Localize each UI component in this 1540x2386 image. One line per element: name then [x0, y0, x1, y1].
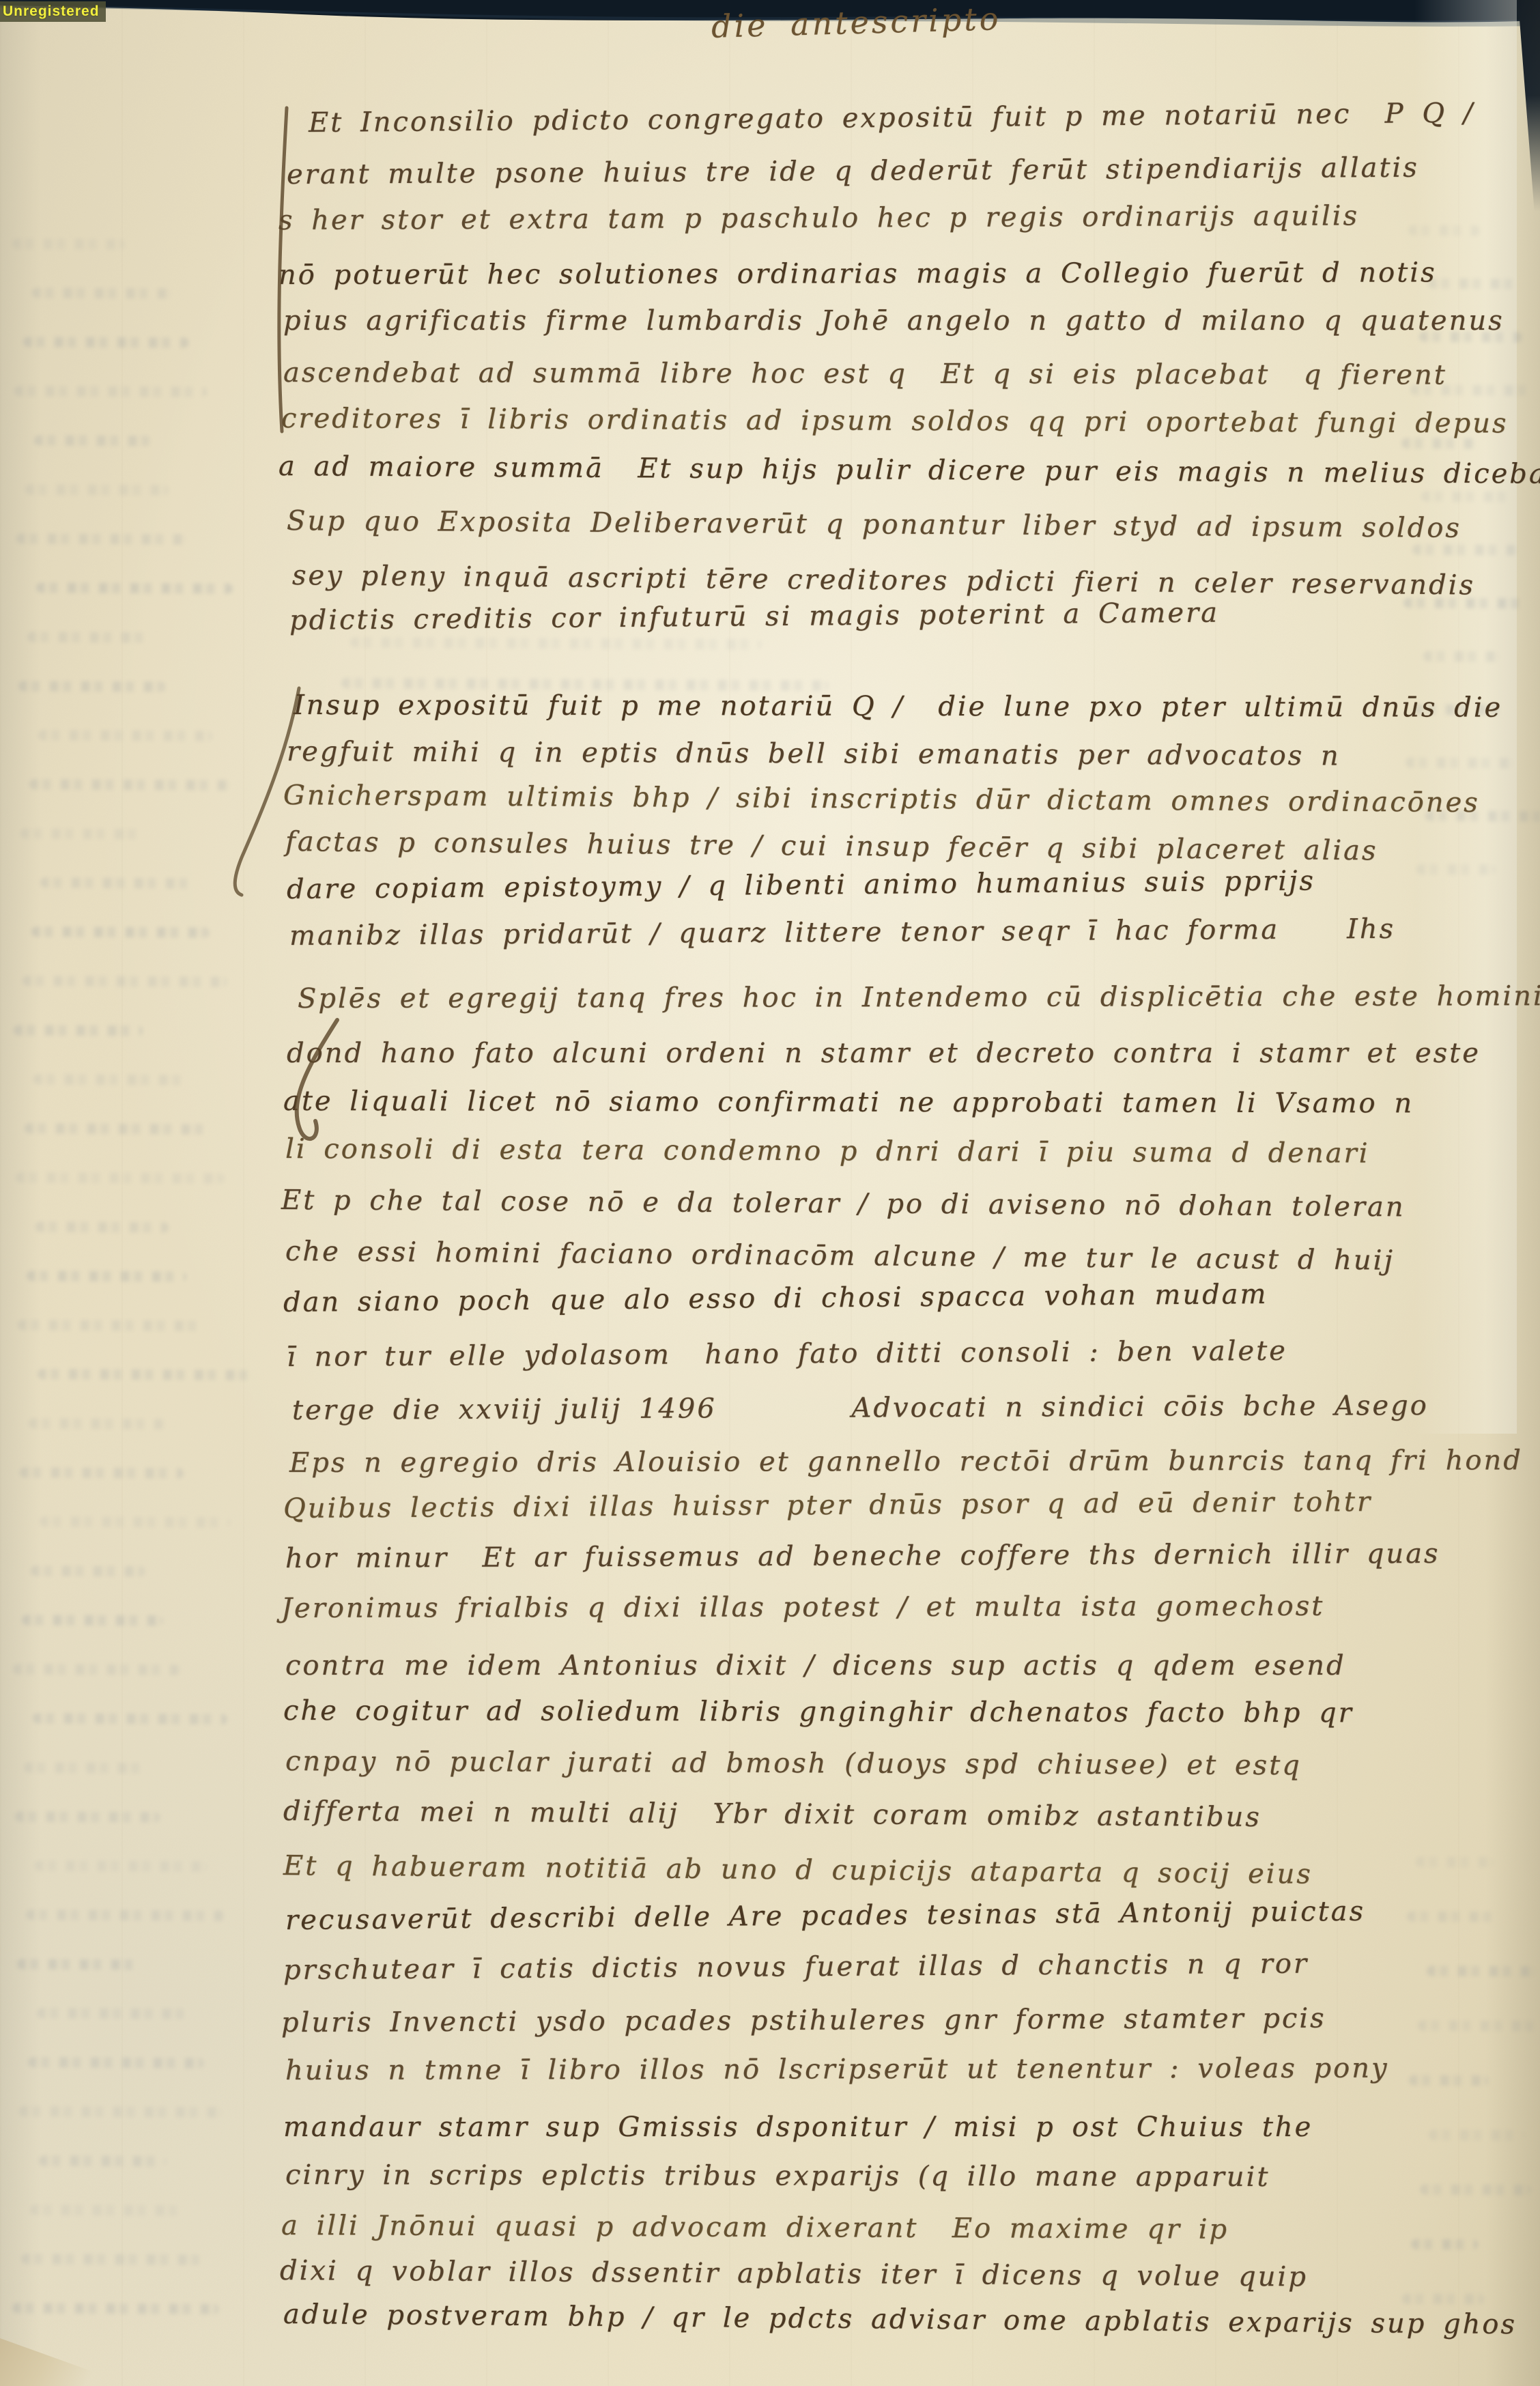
- manuscript-line: Insup expositū fuit p me notariū Q / die…: [294, 690, 1502, 724]
- manuscript-line: dixi q voblar illos dssentir apblatis it…: [280, 2255, 1308, 2292]
- manuscript-line: Eps n egregio dris Alouisio et gannello …: [289, 1445, 1523, 1479]
- manuscript-line: hor minur Et ar fuissemus ad beneche cof…: [285, 1538, 1440, 1574]
- manuscript-line: Quibus lectis dixi illas huissr pter dnū…: [283, 1486, 1372, 1524]
- manuscript-line: che essi homini faciano ordinacōm alcune…: [285, 1236, 1395, 1277]
- manuscript-line: dond hano fato alcuni ordeni n stamr et …: [287, 1038, 1481, 1069]
- manuscript-line: pluris Invencti ysdo pcades pstihuleres …: [281, 2003, 1326, 2039]
- manuscript-line: terge die xxviij julij 1496 Advocati n s…: [292, 1390, 1429, 1426]
- manuscript-line: dan siano poch que alo esso di chosi spa…: [283, 1279, 1268, 1318]
- manuscript-line: pius agrificatis firme lumbardis Johē an…: [283, 305, 1505, 337]
- manuscript-line: erant multe psone huius tre ide q dederū…: [287, 152, 1419, 190]
- manuscript-line: Et q habueram notitiā ab uno d cupicijs …: [283, 1850, 1313, 1890]
- manuscript-line: mandaur stamr sup Gmissis dsponitur / mi…: [283, 2112, 1313, 2143]
- manuscript-line: che cogitur ad soliedum libris gnginghir…: [283, 1695, 1354, 1729]
- manuscript-line: nō potuerūt hec solutiones ordinarias ma…: [279, 257, 1437, 291]
- manuscript-line: recusaverūt describi delle Are pcades te…: [285, 1896, 1365, 1936]
- manuscript-line: Splēs et egregij tanq fres hoc in Intend…: [298, 980, 1540, 1014]
- manuscript-line: ate liquali licet nō siamo confirmati ne…: [283, 1085, 1414, 1119]
- manuscript-line: ī nor tur elle ydolasom hano fato ditti …: [287, 1335, 1287, 1373]
- manuscript-line: manibz illas pridarūt / quarz littere te…: [289, 913, 1395, 952]
- manuscript-line: ascendebat ad summā libre hoc est q Et q…: [283, 357, 1447, 391]
- manuscript-line: regfuit mihi q in eptis dnūs bell sibi e…: [287, 736, 1341, 771]
- manuscript-line: huius n tmne ī libro illos nō lscripserū…: [285, 2053, 1389, 2086]
- manuscript-line: sey pleny inquā ascripti tēre creditores…: [292, 560, 1475, 601]
- manuscript-line: differta mei n multi alij Ybr dixit cora…: [283, 1795, 1261, 1833]
- manuscript-line: a illi Jnōnui quasi p advocam dixerant E…: [281, 2210, 1229, 2245]
- manuscript-line: s her stor et extra tam p paschulo hec p…: [279, 200, 1359, 236]
- manuscript-line: li consoli di esta tera condemno p dnri …: [285, 1133, 1370, 1169]
- manuscript-line: Et p che tal cose nō e da tolerar / po d…: [281, 1184, 1406, 1223]
- manuscript-line: pdictis creditis cor infuturū si magis p…: [289, 597, 1219, 636]
- manuscript-line: contra me idem Antonius dixit / dicens s…: [285, 1650, 1346, 1681]
- manuscript-line: creditores ī libris ordinatis ad ipsum s…: [281, 403, 1509, 440]
- manuscript-line: cnpay nō puclar jurati ad bmosh (duoys s…: [285, 1746, 1302, 1781]
- manuscript-line: factas p consules huius tre / cui insup …: [285, 826, 1378, 866]
- manuscript-line: Et Inconsilio pdicto congregato expositū…: [309, 98, 1475, 139]
- manuscript-line: Gnicherspam ultimis bhp / sibi inscripti…: [283, 780, 1480, 819]
- manuscript-text: Et Inconsilio pdicto congregato expositū…: [0, 0, 1540, 2386]
- manuscript-scan-page: { "watermark": { "text": "Unregistered",…: [0, 0, 1540, 2386]
- manuscript-line: Sup quo Exposita Deliberaverūt q ponantu…: [287, 505, 1461, 544]
- manuscript-line: adule postveram bhp / qr le pdcts advisa…: [283, 2299, 1517, 2340]
- manuscript-line: dare copiam epistoymy / q libenti animo …: [287, 865, 1315, 905]
- manuscript-line: Jeronimus frialbis q dixi illas potest /…: [281, 1591, 1324, 1624]
- manuscript-line: prschutear ī catis dictis novus fuerat i…: [283, 1948, 1309, 1986]
- manuscript-line: cinry in scrips eplctis tribus exparijs …: [285, 2159, 1270, 2193]
- manuscript-line: a ad maiore summā Et sup hijs pulir dice…: [279, 451, 1540, 490]
